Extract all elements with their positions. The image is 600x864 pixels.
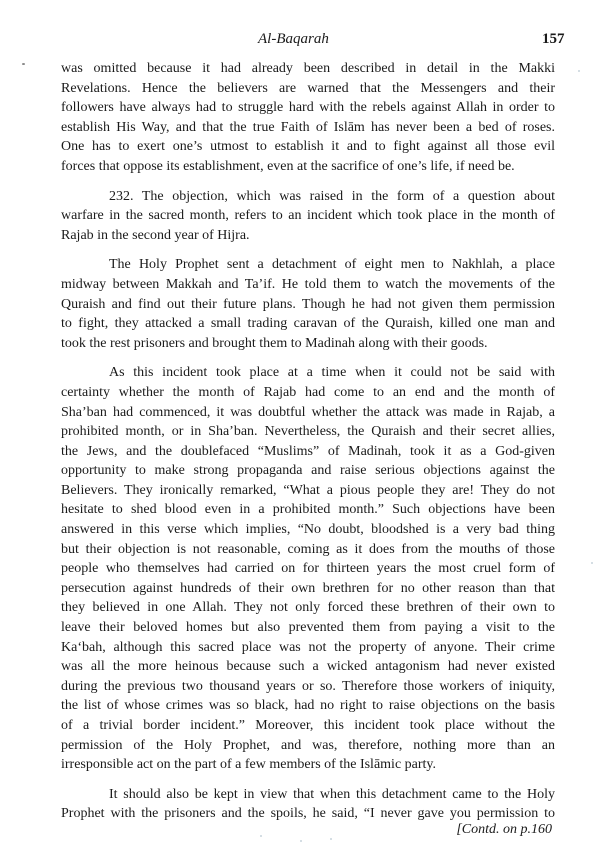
text-line: answered in this verse which implies, “N…	[61, 520, 555, 540]
continuation-note: [Contd. on p.160	[456, 822, 552, 838]
scan-speck	[578, 70, 580, 72]
text-line: establish His Way, and that the true Fai…	[61, 118, 555, 138]
text-line: It should also be kept in view that when…	[61, 785, 555, 805]
text-line: Believers. They ironically remarked, “Wh…	[61, 481, 555, 501]
text-line: Rajab in the second year of Hijra.	[61, 226, 555, 246]
text-line: took the rest prisoners and brought them…	[61, 334, 555, 354]
text-line: hesitate to shed blood even in a prohibi…	[61, 500, 555, 520]
text-line: of a trivial border incident.” Moreover,…	[61, 716, 555, 736]
text-line: Quraish and find out their future plans.…	[61, 295, 555, 315]
text-line: As this incident took place at a time wh…	[61, 363, 555, 383]
text-line: Sha’ban had commenced, it was doubtful w…	[61, 403, 555, 423]
text-line: certainty whether the month of Rajab had…	[61, 383, 555, 403]
text-line: people who themselves had carried on for…	[61, 559, 555, 579]
text-line: Revelations. Hence the believers are war…	[61, 79, 555, 99]
paragraph-detachment: The Holy Prophet sent a detachment of ei…	[61, 255, 555, 353]
body-text: was omitted because it had already been …	[61, 59, 555, 824]
running-head: Al-Baqarah 157	[0, 31, 600, 51]
running-title: Al-Baqarah	[258, 31, 329, 48]
text-line: Ka‘bah, although this sacred place was n…	[61, 638, 555, 658]
text-line: but their objection is not reasonable, c…	[61, 540, 555, 560]
text-line: during the previous two thousand years o…	[61, 677, 555, 697]
text-line: followers have always had to struggle ha…	[61, 98, 555, 118]
text-line: warfare in the sacred month, refers to a…	[61, 206, 555, 226]
scan-speck	[330, 838, 332, 840]
text-line: opportunity to make strong propaganda an…	[61, 461, 555, 481]
text-line: was omitted because it had already been …	[61, 59, 555, 79]
text-line: forces that oppose its establishment, ev…	[61, 157, 555, 177]
text-line: permission of the Holy Prophet, and was,…	[61, 736, 555, 756]
page-number: 157	[542, 31, 565, 48]
scan-speck	[300, 840, 302, 842]
text-line: persecution against hundreds of their ow…	[61, 579, 555, 599]
text-line: was all the more heinous because such a …	[61, 657, 555, 677]
text-line: to fight, they attacked a small trading …	[61, 314, 555, 334]
scan-speck	[591, 562, 593, 564]
text-line: One has to exert one’s utmost to establi…	[61, 137, 555, 157]
text-line: the list of whose crimes was so black, h…	[61, 696, 555, 716]
paragraph-note-232: 232. The objection, which was raised in …	[61, 187, 555, 246]
text-line: 232. The objection, which was raised in …	[61, 187, 555, 207]
text-line: they believed in one Allah. They not onl…	[61, 598, 555, 618]
book-page: Al-Baqarah 157 was omitted because it ha…	[0, 0, 600, 864]
paragraph-kept-in-view: It should also be kept in view that when…	[61, 785, 555, 824]
text-line: midway between Makkah and Ta’if. He told…	[61, 275, 555, 295]
paragraph-continuation: was omitted because it had already been …	[61, 59, 555, 177]
text-line: prohibited month, or in Sha’ban. Neverth…	[61, 422, 555, 442]
scan-speck	[260, 835, 262, 837]
text-line: the Jews, and the doublefaced “Muslims” …	[61, 442, 555, 462]
text-line: irresponsible act on the part of a few m…	[61, 755, 555, 775]
paragraph-incident: As this incident took place at a time wh…	[61, 363, 555, 774]
scan-speck	[22, 63, 25, 65]
text-line: The Holy Prophet sent a detachment of ei…	[61, 255, 555, 275]
text-line: leave their beloved homes but also preve…	[61, 618, 555, 638]
